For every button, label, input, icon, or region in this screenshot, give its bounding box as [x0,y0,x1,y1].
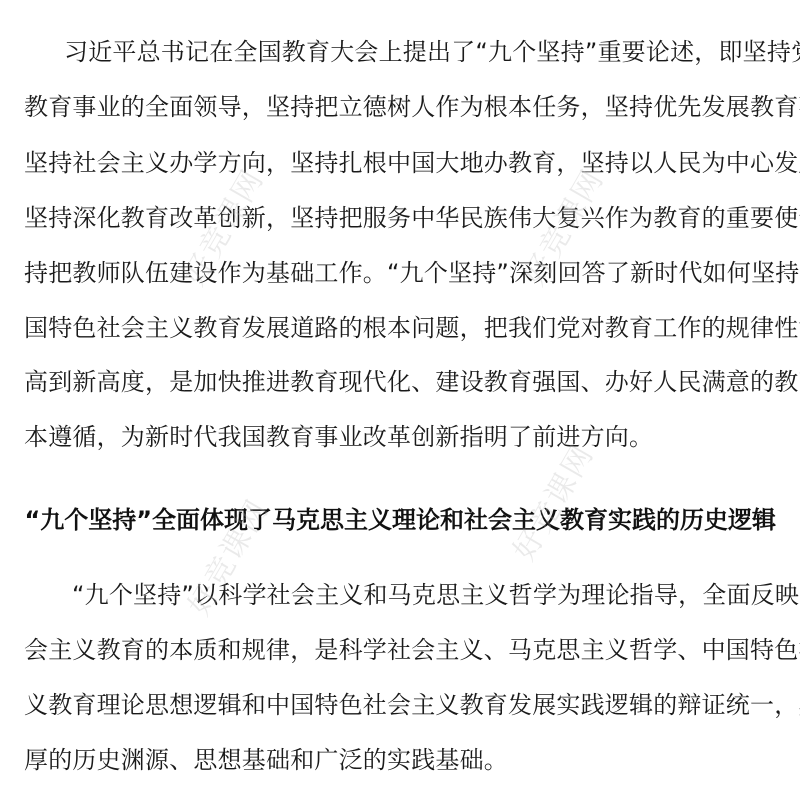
paragraph-line: 坚持深化教育改革创新，坚持把服务中华民族伟大复兴作为教育的重要使命，坚 [24,203,776,233]
paragraph-line: 会主义教育的本质和规律，是科学社会主义、马克思主义哲学、中国特色社会主 [24,635,776,665]
paragraph-line: 本遵循，为新时代我国教育事业改革创新指明了前进方向。 [24,422,776,452]
paragraph-line: 义教育理论思想逻辑和中国特色社会主义教育发展实践逻辑的辩证统一，具有深 [24,690,776,720]
paragraph-line: 厚的历史渊源、思想基础和广泛的实践基础。 [24,745,776,775]
paragraph-line: 持把教师队伍建设作为基础工作。“九个坚持”深刻回答了新时代如何坚持走中 [24,258,776,288]
paragraph-line: 高到新高度，是加快推进教育现代化、建设教育强国、办好人民满意的教育的根 [24,367,776,397]
paragraph-line: 国特色社会主义教育发展道路的根本问题，把我们党对教育工作的规律性认识提 [24,313,776,343]
paragraph-line: 习近平总书记在全国教育大会上提出了“九个坚持”重要论述，即坚持党对 [24,37,776,67]
paragraph-line: “九个坚持”以科学社会主义和马克思主义哲学为理论指导，全面反映了社 [24,580,776,610]
paragraph-line: 坚持社会主义办学方向，坚持扎根中国大地办教育，坚持以人民为中心发展教育， [24,148,776,178]
paragraph-line: 教育事业的全面领导，坚持把立德树人作为根本任务，坚持优先发展教育事业， [24,92,776,122]
section-heading: “九个坚持”全面体现了马克思主义理论和社会主义教育实践的历史逻辑 [24,505,776,535]
watermark: 好竞课网 [500,434,602,567]
